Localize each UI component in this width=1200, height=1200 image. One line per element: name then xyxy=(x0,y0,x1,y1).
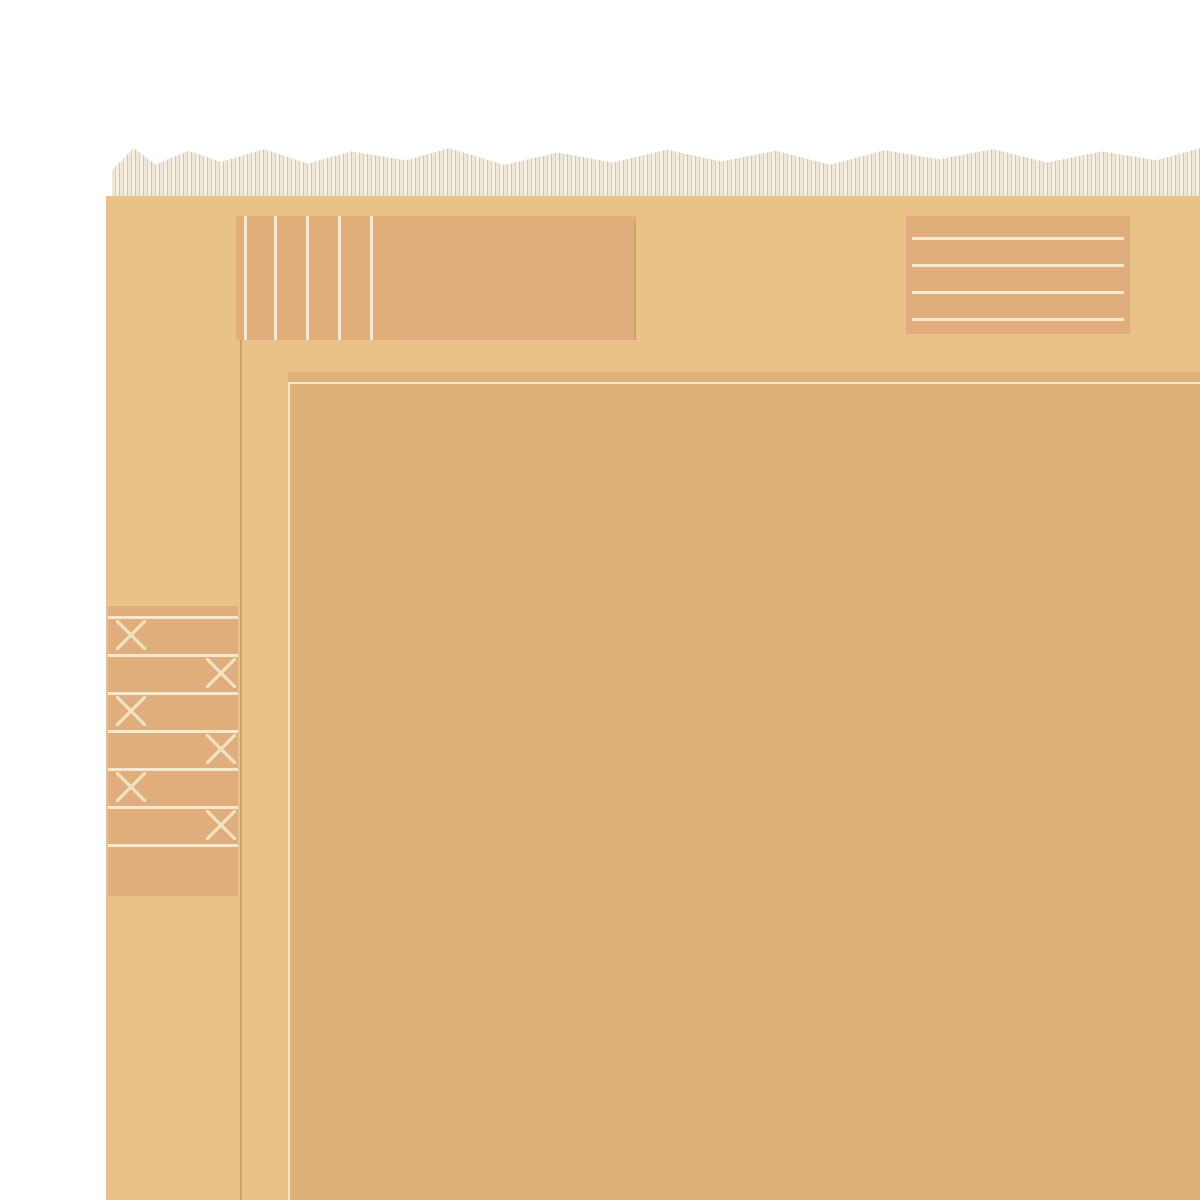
cross-motif xyxy=(206,658,236,688)
vertical-stripe xyxy=(274,216,277,340)
horizontal-stripe xyxy=(108,768,238,771)
horizontal-stripe xyxy=(108,806,238,809)
vertical-stripe xyxy=(306,216,309,340)
cross-motif xyxy=(206,810,236,840)
vertical-stripe xyxy=(370,216,373,340)
horizontal-stripe xyxy=(108,654,238,657)
cross-motif xyxy=(116,696,146,726)
cross-motif xyxy=(116,620,146,650)
panel-divider xyxy=(634,222,636,340)
horizontal-stripe xyxy=(108,730,238,733)
horizontal-stripe xyxy=(912,264,1124,267)
border-edge xyxy=(240,340,242,1200)
horizontal-stripe xyxy=(108,616,238,619)
vertical-stripe xyxy=(244,216,247,340)
top-left-stripe-panel xyxy=(236,216,636,340)
rug-field xyxy=(288,372,1200,1200)
field-accent-line-horizontal xyxy=(288,382,1200,384)
horizontal-stripe xyxy=(912,291,1124,294)
field-accent-line-vertical xyxy=(288,382,290,1200)
vertical-stripe xyxy=(338,216,341,340)
horizontal-stripe xyxy=(912,237,1124,240)
cross-motif xyxy=(206,734,236,764)
rug xyxy=(106,196,1200,1200)
horizontal-stripe xyxy=(912,318,1124,321)
top-right-stripe-panel xyxy=(906,216,1130,334)
horizontal-stripe xyxy=(108,692,238,695)
cross-motif xyxy=(116,772,146,802)
horizontal-stripe xyxy=(108,844,238,847)
